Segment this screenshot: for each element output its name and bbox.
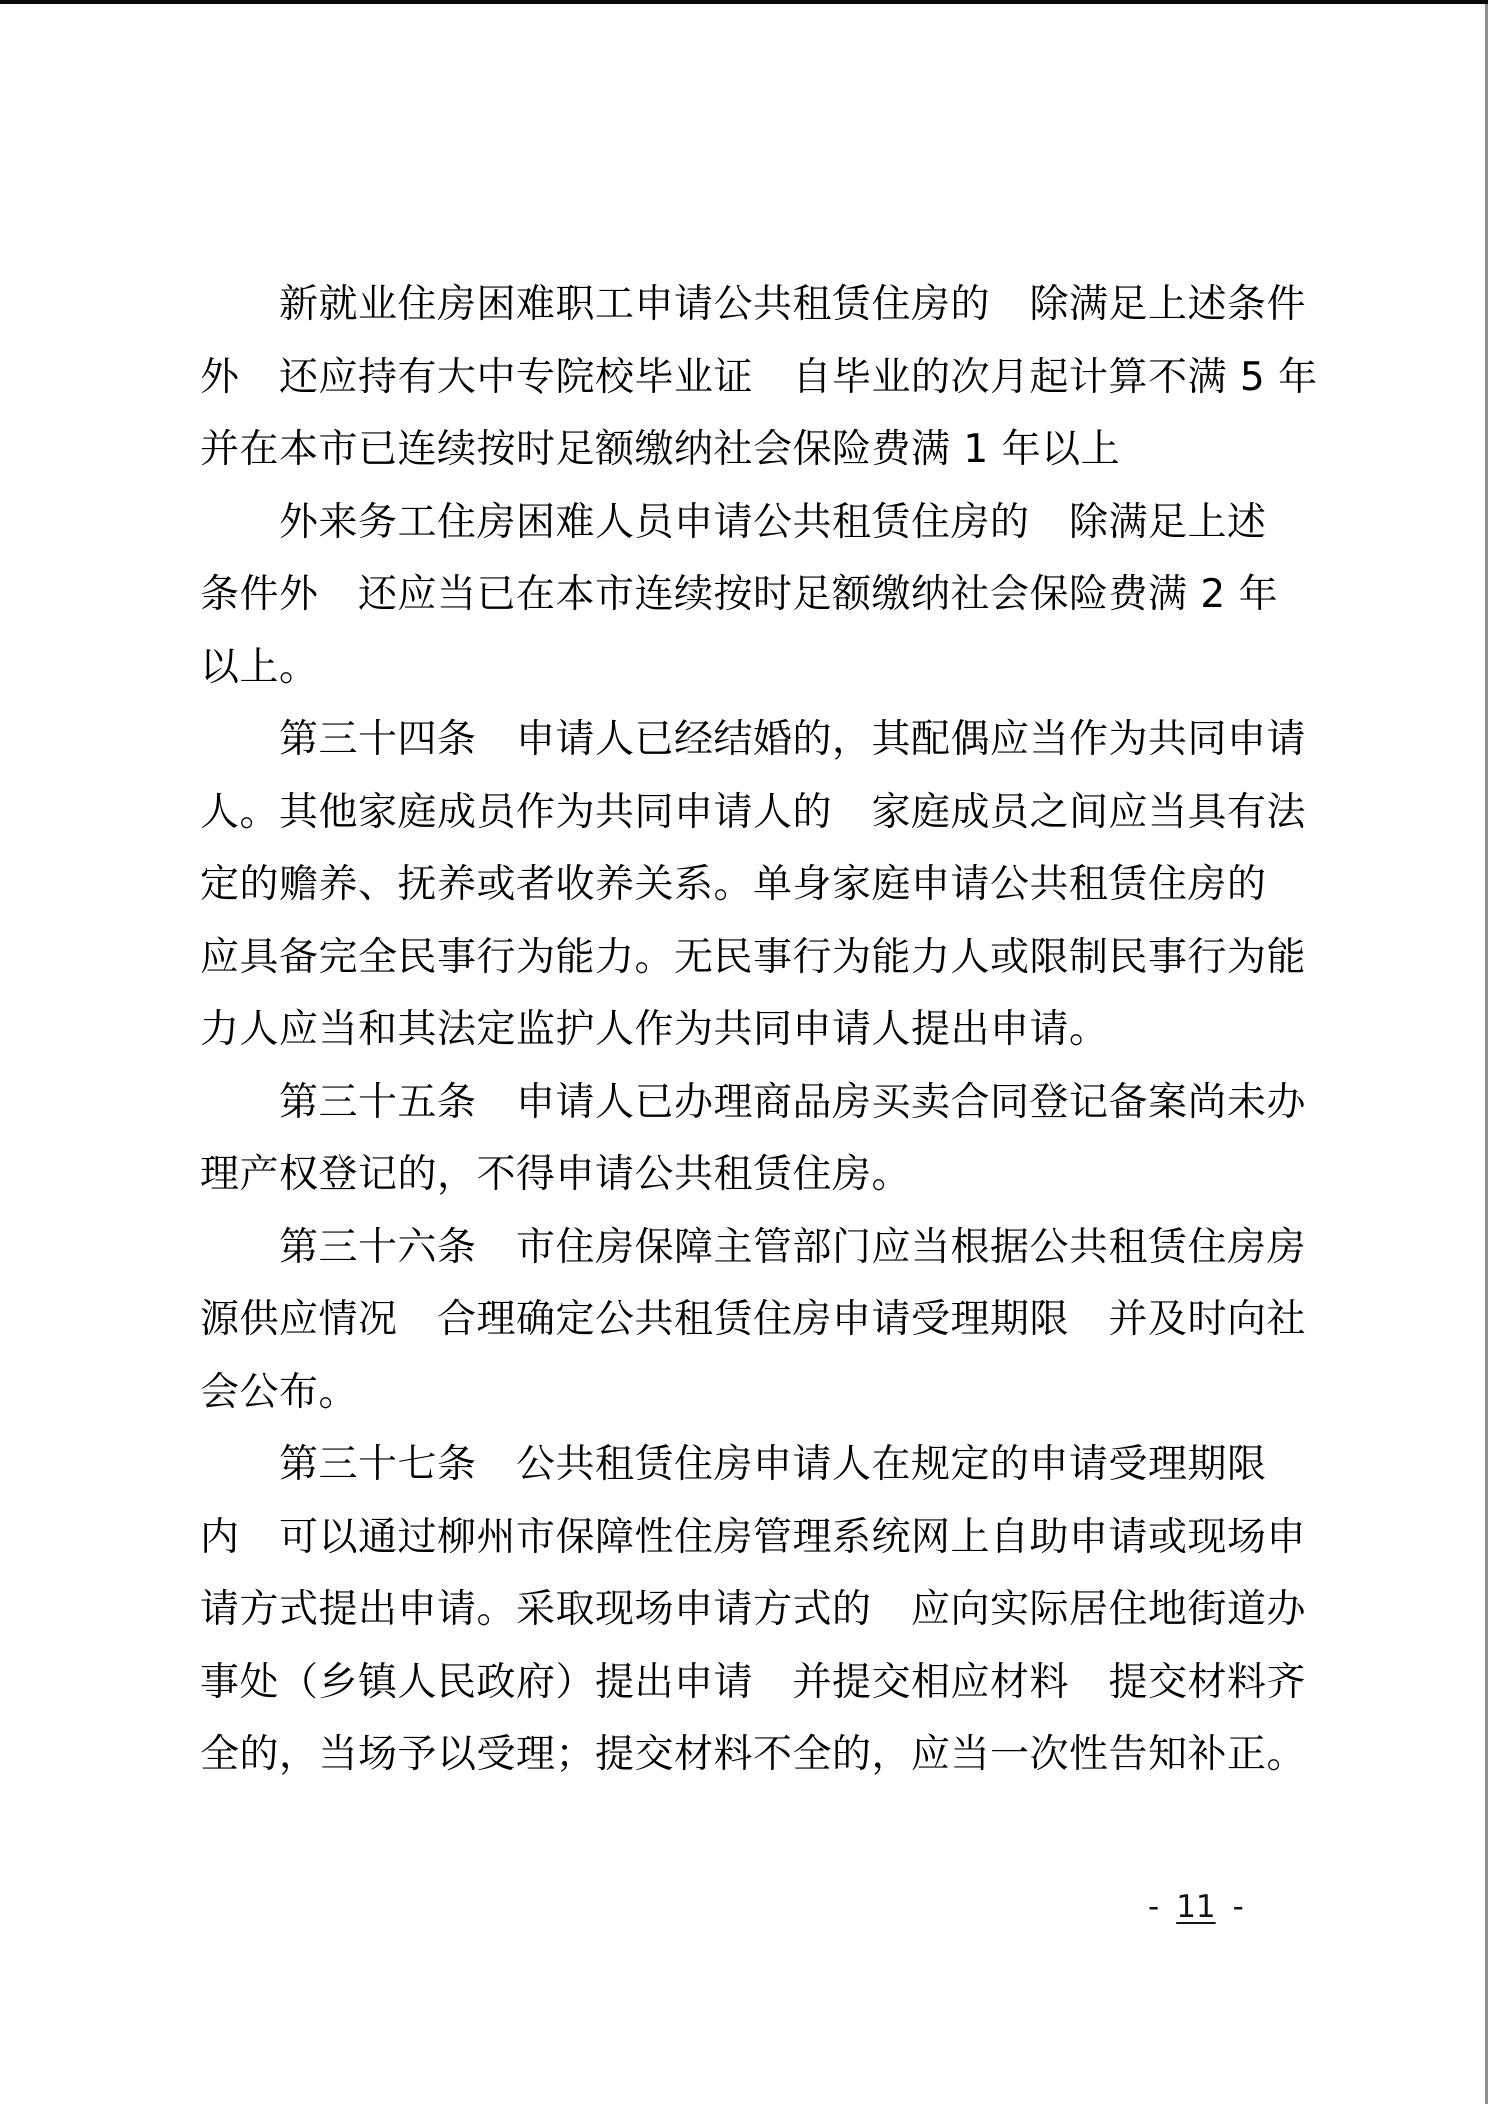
text-line: 理产权登记的，不得申请公共租赁住房。 (200, 1139, 1305, 1212)
text-line: 源供应情况 合理确定公共租赁住房申请受理期限 并及时向社 (200, 1284, 1305, 1357)
text-line: 力人应当和其法定监护人作为共同申请人提出申请。 (200, 994, 1305, 1067)
text-line: 第三十五条 申请人已办理商品房买卖合同登记备案尚未办 (200, 1067, 1305, 1140)
document-page: 新就业住房困难职工申请公共租赁住房的 除满足上述条件外 还应持有大中专院校毕业证… (0, 0, 1488, 2104)
text-line: 会公布。 (200, 1357, 1305, 1430)
page-number-dash-left: - (1148, 1888, 1159, 1926)
text-line: 并在本市已连续按时足额缴纳社会保险费满 1 年以上 (200, 414, 1305, 487)
text-line: 人。其他家庭成员作为共同申请人的 家庭成员之间应当具有法 (200, 777, 1305, 850)
text-line: 新就业住房困难职工申请公共租赁住房的 除满足上述条件 (200, 269, 1305, 342)
page-number: - 11 - (1148, 1888, 1244, 1926)
page-number-dash-right: - (1233, 1888, 1244, 1926)
text-line: 应具备完全民事行为能力。无民事行为能力人或限制民事行为能 (200, 922, 1305, 995)
text-line: 条件外 还应当已在本市连续按时足额缴纳社会保险费满 2 年 (200, 559, 1305, 632)
text-line: 事处（乡镇人民政府）提出申请 并提交相应材料 提交材料齐 (200, 1647, 1305, 1720)
text-line: 定的赡养、抚养或者收养关系。单身家庭申请公共租赁住房的 (200, 849, 1305, 922)
text-line: 请方式提出申请。采取现场申请方式的 应向实际居住地街道办 (200, 1574, 1305, 1647)
page-top-scan-edge (0, 0, 1488, 4)
body-text: 新就业住房困难职工申请公共租赁住房的 除满足上述条件外 还应持有大中专院校毕业证… (200, 269, 1305, 1792)
text-line: 第三十六条 市住房保障主管部门应当根据公共租赁住房房 (200, 1212, 1305, 1285)
text-line: 第三十七条 公共租赁住房申请人在规定的申请受理期限 (200, 1429, 1305, 1502)
text-line: 全的，当场予以受理；提交材料不全的，应当一次性告知补正。 (200, 1719, 1305, 1792)
text-line: 外 还应持有大中专院校毕业证 自毕业的次月起计算不满 5 年 (200, 342, 1305, 415)
page-number-value: 11 (1176, 1888, 1215, 1926)
text-line: 以上。 (200, 632, 1305, 705)
text-line: 外来务工住房困难人员申请公共租赁住房的 除满足上述 (200, 487, 1305, 560)
text-line: 内 可以通过柳州市保障性住房管理系统网上自助申请或现场申 (200, 1502, 1305, 1575)
text-line: 第三十四条 申请人已经结婚的，其配偶应当作为共同申请 (200, 704, 1305, 777)
